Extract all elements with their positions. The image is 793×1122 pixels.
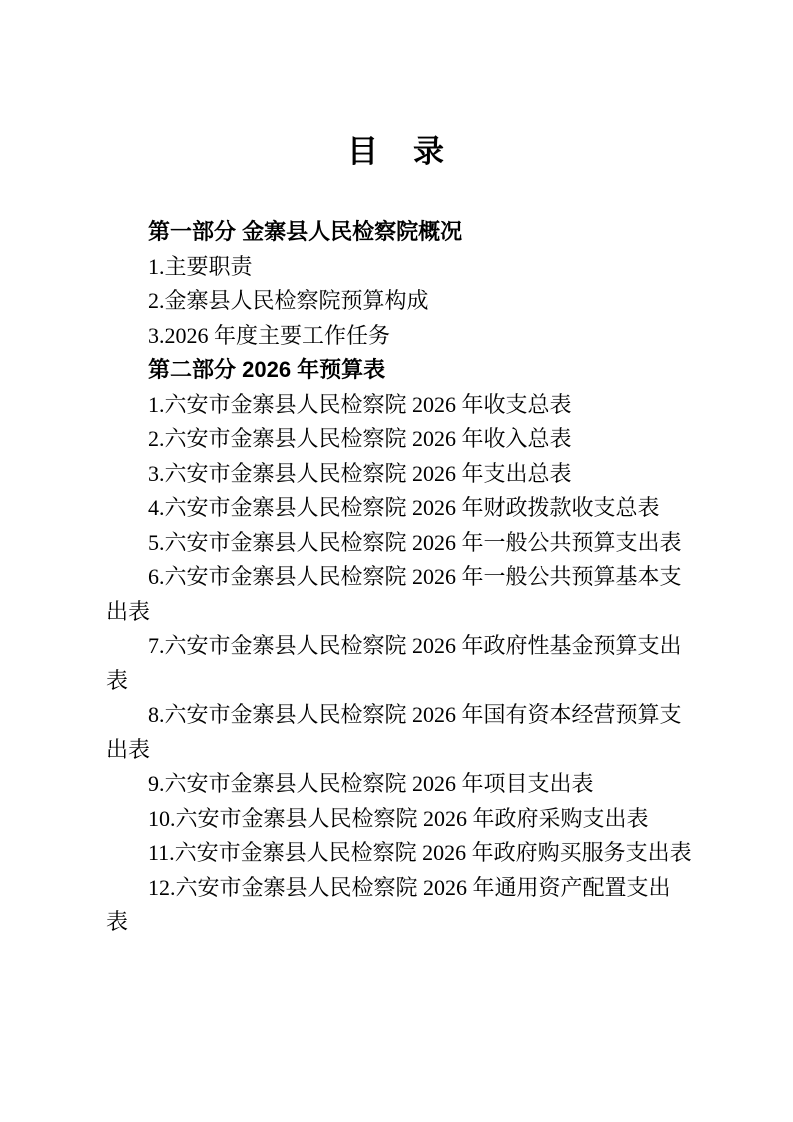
page-title: 目 录 [0,130,793,174]
document-page: 目 录 第一部分 金寨县人民检察院概况 1.主要职责 2.金寨县人民检察院预算构… [0,0,793,1122]
toc-entry: 3.2026 年度主要工作任务 [106,319,692,354]
table-of-contents: 第一部分 金寨县人民检察院概况 1.主要职责 2.金寨县人民检察院预算构成 3.… [106,215,692,940]
toc-entry: 1.主要职责 [106,250,692,285]
toc-entry: 9.六安市金寨县人民检察院 2026 年项目支出表 [106,767,692,802]
toc-entry: 8.六安市金寨县人民检察院 2026 年国有资本经营预算支出表 [106,698,692,767]
toc-entry: 11.六安市金寨县人民检察院 2026 年政府购买服务支出表 [106,836,692,871]
toc-entry: 7.六安市金寨县人民检察院 2026 年政府性基金预算支出表 [106,629,692,698]
toc-entry: 2.金寨县人民检察院预算构成 [106,284,692,319]
toc-entry: 3.六安市金寨县人民检察院 2026 年支出总表 [106,457,692,492]
toc-entry: 5.六安市金寨县人民检察院 2026 年一般公共预算支出表 [106,526,692,561]
toc-entry: 1.六安市金寨县人民检察院 2026 年收支总表 [106,388,692,423]
toc-entry: 12.六安市金寨县人民检察院 2026 年通用资产配置支出表 [106,871,692,940]
toc-entry: 2.六安市金寨县人民检察院 2026 年收入总表 [106,422,692,457]
toc-section-heading-part2: 第二部分 2026 年预算表 [106,353,692,388]
toc-entry: 6.六安市金寨县人民检察院 2026 年一般公共预算基本支出表 [106,560,692,629]
toc-entry: 10.六安市金寨县人民检察院 2026 年政府采购支出表 [106,802,692,837]
toc-entry: 4.六安市金寨县人民检察院 2026 年财政拨款收支总表 [106,491,692,526]
toc-section-heading-part1: 第一部分 金寨县人民检察院概况 [106,215,692,250]
